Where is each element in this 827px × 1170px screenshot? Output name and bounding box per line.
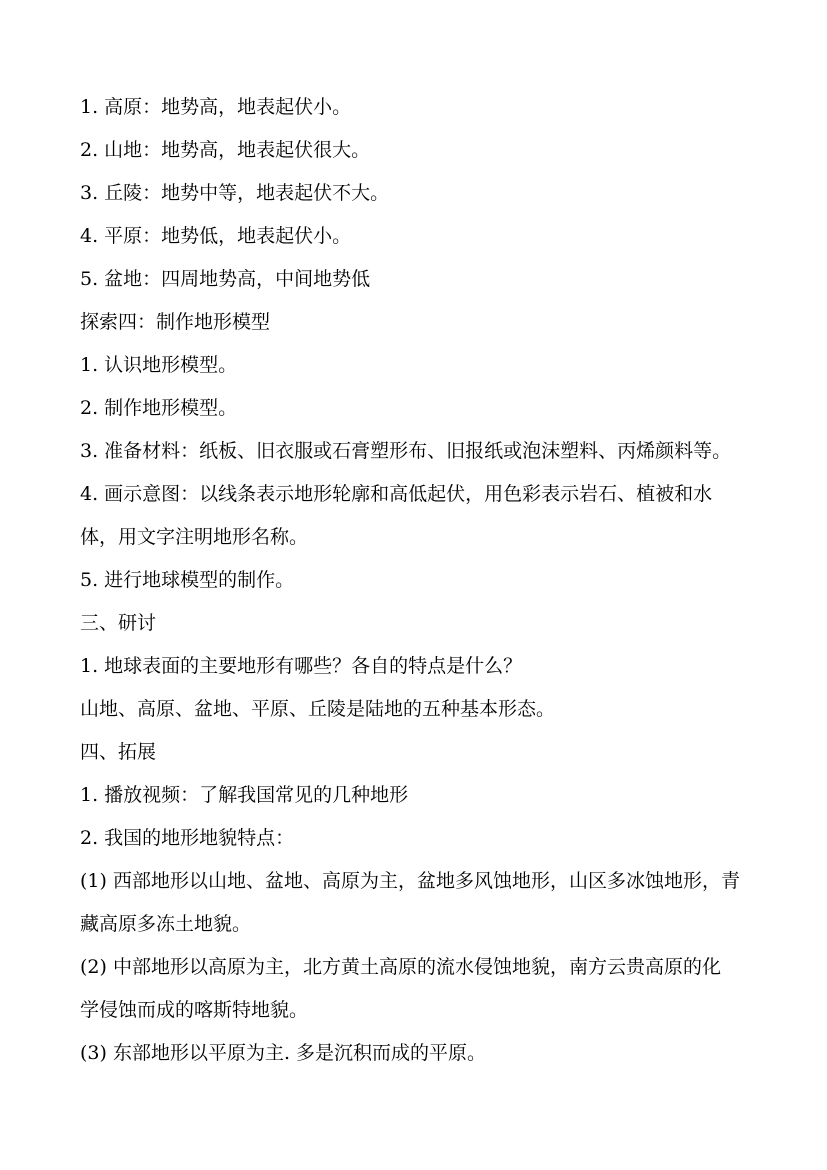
landform-item-basin: 5. 盆地：四周地势高，中间地势低 — [80, 258, 760, 301]
step-4-sketch-continued: 体，用文字注明地形名称。 — [80, 516, 760, 559]
feature-west-continued: 藏高原多冻土地貌。 — [80, 903, 760, 946]
landform-item-mountain: 2. 山地：地势高，地表起伏很大。 — [80, 129, 760, 172]
step-2-make-model: 2. 制作地形模型。 — [80, 387, 760, 430]
extension-item-video: 1. 播放视频：了解我国常见的几种地形 — [80, 774, 760, 817]
section-heading-extension: 四、拓展 — [80, 731, 760, 774]
feature-central-continued: 学侵蚀而成的喀斯特地貌。 — [80, 989, 760, 1032]
section-heading-explore-four: 探索四：制作地形模型 — [80, 301, 760, 344]
feature-west: (1) 西部地形以山地、盆地、高原为主，盆地多风蚀地形，山区多冰蚀地形，青 — [80, 860, 760, 903]
landform-item-plain: 4. 平原：地势低，地表起伏小。 — [80, 215, 760, 258]
step-5-build: 5. 进行地球模型的制作。 — [80, 559, 760, 602]
step-4-sketch: 4. 画示意图：以线条表示地形轮廓和高低起伏，用色彩表示岩石、植被和水 — [80, 473, 760, 516]
section-heading-discussion: 三、研讨 — [80, 602, 760, 645]
step-3-materials: 3. 准备材料：纸板、旧衣服或石膏塑形布、旧报纸或泡沫塑料、丙烯颜料等。 — [80, 430, 760, 473]
landform-item-plateau: 1. 高原：地势高，地表起伏小。 — [80, 86, 760, 129]
landform-item-hills: 3. 丘陵：地势中等，地表起伏不大。 — [80, 172, 760, 215]
discussion-answer: 山地、高原、盆地、平原、丘陵是陆地的五种基本形态。 — [80, 688, 760, 731]
step-1-know-model: 1. 认识地形模型。 — [80, 344, 760, 387]
extension-item-features: 2. 我国的地形地貌特点： — [80, 817, 760, 860]
feature-east: (3) 东部地形以平原为主. 多是沉积而成的平原。 — [80, 1032, 760, 1075]
discussion-question: 1. 地球表面的主要地形有哪些？各自的特点是什么？ — [80, 645, 760, 688]
document-page: 1. 高原：地势高，地表起伏小。 2. 山地：地势高，地表起伏很大。 3. 丘陵… — [80, 86, 760, 1075]
feature-central: (2) 中部地形以高原为主，北方黄土高原的流水侵蚀地貌，南方云贵高原的化 — [80, 946, 760, 989]
